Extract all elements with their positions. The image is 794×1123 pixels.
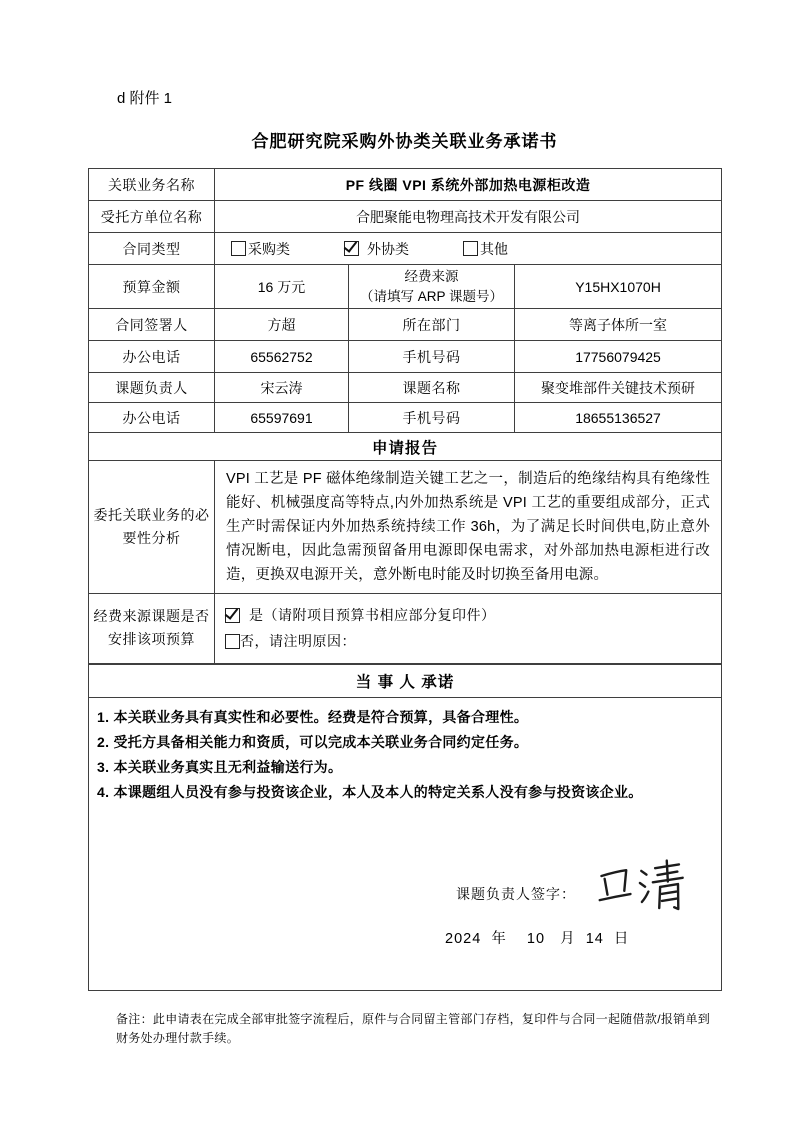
office-phone-leader-value: 65597691 xyxy=(215,403,349,433)
row-trustee-unit: 受托方单位名称 合肥聚能电物理高技术开发有限公司 xyxy=(89,201,722,233)
commitment-item: 4. 本课题组人员没有参与投资该企业，本人及本人的特定关系人没有参与投资该企业。 xyxy=(97,780,711,805)
contract-type-label: 合同类型 xyxy=(89,233,215,265)
trustee-unit-label: 受托方单位名称 xyxy=(89,201,215,233)
trustee-unit-value: 合肥聚能电物理高技术开发有限公司 xyxy=(215,201,722,233)
row-promise-header: 当 事 人 承诺 xyxy=(89,664,722,698)
mobile-leader-label: 手机号码 xyxy=(349,403,515,433)
necessity-text: VPI 工艺是 PF 磁体绝缘制造关键工艺之一，制造后的绝缘结构具有绝缘性能好、… xyxy=(215,461,722,594)
commitment-item: 3. 本关联业务真实且无利益输送行为。 xyxy=(97,755,711,780)
other-checkbox-icon xyxy=(463,241,478,256)
budget-amount-value: 16 万元 xyxy=(215,265,349,309)
contract-type-options: 采购类 外协类 其他 xyxy=(215,233,722,265)
no-option: 否，请注明原因： xyxy=(225,628,711,654)
footnote: 备注：此申请表在完成全部审批签字流程后，原件与合同留主管部门存档，复印件与合同一… xyxy=(116,1010,712,1047)
promise-header: 当 事 人 承诺 xyxy=(89,664,722,698)
row-business-name: 关联业务名称 PF 线圈 VPI 系统外部加热电源柜改造 xyxy=(89,169,722,201)
row-contract-type: 合同类型 采购类 外协类 其他 xyxy=(89,233,722,265)
commitment-item: 1. 本关联业务具有真实性和必要性。经费是符合预算，具备合理性。 xyxy=(97,705,711,730)
office-phone-leader-label: 办公电话 xyxy=(89,403,215,433)
yes-option: 是（请附项目预算书相应部分复印件） xyxy=(225,602,711,628)
project-leader-value: 宋云涛 xyxy=(215,373,349,403)
yes-checkbox-icon xyxy=(225,608,240,623)
signature-date: 2024 年 10 月 14 日 xyxy=(445,927,629,948)
outsourcing-checkbox-icon xyxy=(344,241,359,256)
purchase-checkbox-icon xyxy=(231,241,246,256)
office-phone-signer-label: 办公电话 xyxy=(89,341,215,373)
commitment-form-table: 关联业务名称 PF 线圈 VPI 系统外部加热电源柜改造 受托方单位名称 合肥聚… xyxy=(88,168,722,991)
project-name-value: 聚变堆部件关键技术预研 xyxy=(515,373,722,403)
page-title: 合肥研究院采购外协类关联业务承诺书 xyxy=(88,127,721,152)
contract-signer-value: 方超 xyxy=(215,309,349,341)
project-leader-label: 课题负责人 xyxy=(89,373,215,403)
necessity-label: 委托关联业务的必要性分析 xyxy=(89,461,215,594)
mobile-signer-label: 手机号码 xyxy=(349,341,515,373)
mobile-signer-value: 17756079425 xyxy=(515,341,722,373)
commitment-item: 2. 受托方具备相关能力和资质，可以完成本关联业务合同约定任务。 xyxy=(97,730,711,755)
contract-signer-label: 合同签署人 xyxy=(89,309,215,341)
business-name-label: 关联业务名称 xyxy=(89,169,215,201)
row-signer-phones: 办公电话 65562752 手机号码 17756079425 xyxy=(89,341,722,373)
budget-amount-label: 预算金额 xyxy=(89,265,215,309)
application-report-header: 申请报告 xyxy=(89,433,722,461)
commitments-list: 1. 本关联业务具有真实性和必要性。经费是符合预算，具备合理性。 2. 受托方具… xyxy=(89,698,721,805)
row-budget: 预算金额 16 万元 经费来源 （请填写 ARP 课题号） Y15HX1070H xyxy=(89,265,722,309)
row-commitments: 1. 本关联业务具有真实性和必要性。经费是符合预算，具备合理性。 2. 受托方具… xyxy=(89,698,722,991)
funding-source-label: 经费来源 （请填写 ARP 课题号） xyxy=(349,265,515,309)
signature-handwriting-image xyxy=(594,856,686,914)
mobile-leader-value: 18655136527 xyxy=(515,403,722,433)
option-purchase: 采购类 xyxy=(231,239,290,259)
business-name-value: PF 线圈 VPI 系统外部加热电源柜改造 xyxy=(215,169,722,201)
attachment-label: d 附件 1 xyxy=(117,87,172,108)
project-name-label: 课题名称 xyxy=(349,373,515,403)
option-purchase-label: 采购类 xyxy=(248,239,290,259)
budget-arranged-label: 经费来源课题是否安排该项预算 xyxy=(89,594,215,664)
option-outsourcing: 外协类 xyxy=(344,239,409,259)
row-leader-phones: 办公电话 65597691 手机号码 18655136527 xyxy=(89,403,722,433)
row-signer: 合同签署人 方超 所在部门 等离子体所一室 xyxy=(89,309,722,341)
budget-arranged-options: 是（请附项目预算书相应部分复印件） 否，请注明原因： xyxy=(215,594,722,664)
commitments-cell: 1. 本关联业务具有真实性和必要性。经费是符合预算，具备合理性。 2. 受托方具… xyxy=(89,698,722,991)
no-checkbox-icon xyxy=(225,634,240,649)
funding-source-value: Y15HX1070H xyxy=(515,265,722,309)
option-other-label: 其他 xyxy=(480,239,508,259)
row-budget-arranged: 经费来源课题是否安排该项预算 是（请附项目预算书相应部分复印件） 否，请注明原因… xyxy=(89,594,722,664)
row-application-report-header: 申请报告 xyxy=(89,433,722,461)
office-phone-signer-value: 65562752 xyxy=(215,341,349,373)
department-value: 等离子体所一室 xyxy=(515,309,722,341)
row-necessity: 委托关联业务的必要性分析 VPI 工艺是 PF 磁体绝缘制造关键工艺之一，制造后… xyxy=(89,461,722,594)
row-project-leader: 课题负责人 宋云涛 课题名称 聚变堆部件关键技术预研 xyxy=(89,373,722,403)
document-page: d 附件 1 合肥研究院采购外协类关联业务承诺书 关联业务名称 PF 线圈 VP… xyxy=(0,0,794,1123)
signature-label: 课题负责人签字： xyxy=(456,884,576,904)
option-other: 其他 xyxy=(463,239,508,259)
no-option-label: 否，请注明原因： xyxy=(240,628,356,654)
yes-option-label: 是（请附项目预算书相应部分复印件） xyxy=(249,602,496,628)
option-outsourcing-label: 外协类 xyxy=(367,239,409,259)
department-label: 所在部门 xyxy=(349,309,515,341)
